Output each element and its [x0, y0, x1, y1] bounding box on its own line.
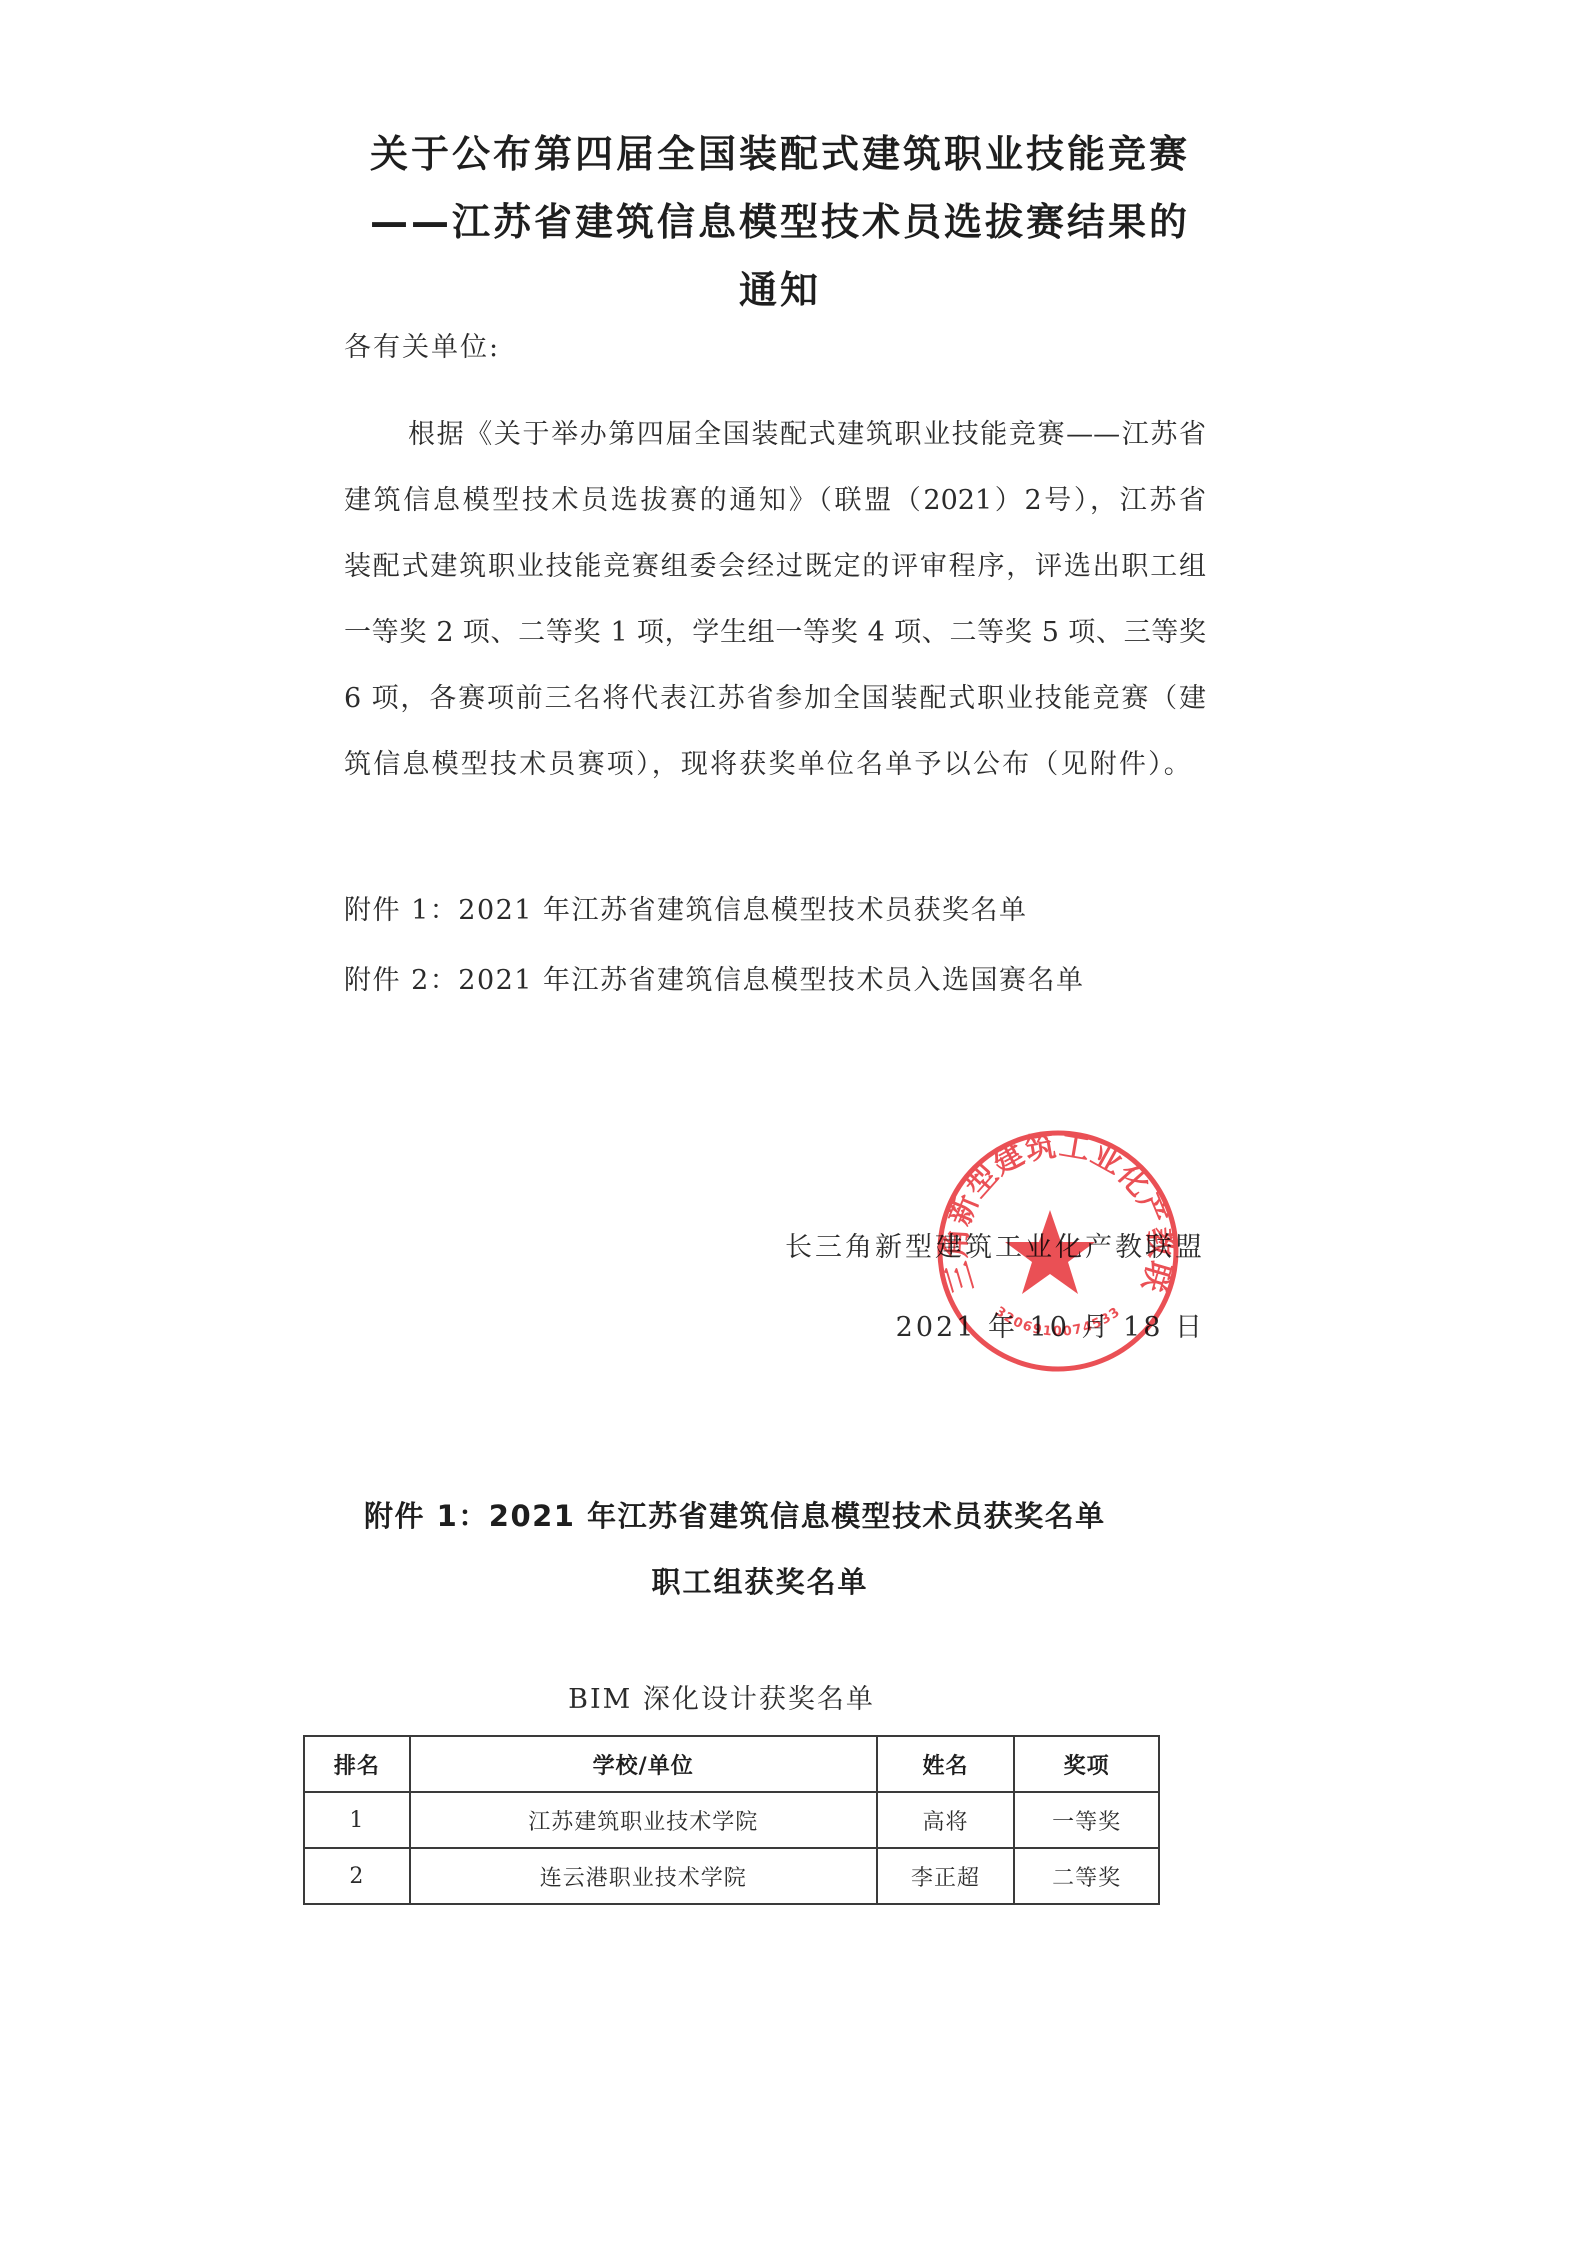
table-row: 1 江苏建筑职业技术学院 高将 一等奖 — [304, 1792, 1159, 1848]
body-line: 建筑信息模型技术员选拔赛的通知》（联盟（2021）2号），江苏省 — [344, 468, 1206, 534]
cell-school: 连云港职业技术学院 — [410, 1848, 877, 1904]
attachment-list: 附件 1：2021 年江苏省建筑信息模型技术员获奖名单 附件 2：2021 年江… — [344, 876, 1085, 1016]
award-table: 排名 学校/单位 姓名 奖项 1 江苏建筑职业技术学院 高将 一等奖 2 连云港… — [303, 1735, 1160, 1905]
body-line: 筑信息模型技术员赛项），现将获奖单位名单予以公布（见附件）。 — [344, 732, 1206, 798]
seal-serial-number: 3206910074533 — [992, 1304, 1124, 1339]
notice-title-line-3: 通知 — [350, 256, 1210, 324]
cell-school: 江苏建筑职业技术学院 — [410, 1792, 877, 1848]
notice-title-line-2: ——江苏省建筑信息模型技术员选拔赛结果的 — [350, 188, 1210, 256]
body-line: 6 项，各赛项前三名将代表江苏省参加全国装配式职业技能竞赛（建 — [344, 666, 1206, 732]
notice-title: 关于公布第四届全国装配式建筑职业技能竞赛 ——江苏省建筑信息模型技术员选拔赛结果… — [350, 120, 1210, 324]
salutation: 各有关单位: — [344, 328, 500, 368]
cell-award: 一等奖 — [1014, 1792, 1159, 1848]
body-line: 一等奖 2 项、二等奖 1 项，学生组一等奖 4 项、二等奖 5 项、三等奖 — [344, 600, 1206, 666]
attachment-item-2: 附件 2：2021 年江苏省建筑信息模型技术员入选国赛名单 — [344, 946, 1085, 1016]
body-line: 根据《关于举办第四届全国装配式建筑职业技能竞赛——江苏省 — [344, 402, 1206, 468]
cell-name: 李正超 — [877, 1848, 1015, 1904]
cell-rank: 1 — [304, 1792, 410, 1848]
notice-title-line-1: 关于公布第四届全国装配式建筑职业技能竞赛 — [350, 120, 1210, 188]
cell-award: 二等奖 — [1014, 1848, 1159, 1904]
table-row: 2 连云港职业技术学院 李正超 二等奖 — [304, 1848, 1159, 1904]
attachment1-subheading: 职工组获奖名单 — [350, 1562, 1210, 1602]
cell-rank: 2 — [304, 1848, 410, 1904]
award-table-caption: BIM 深化设计获奖名单 — [303, 1680, 1160, 1720]
cell-name: 高将 — [877, 1792, 1015, 1848]
column-header-rank: 排名 — [304, 1736, 410, 1792]
column-header-award: 奖项 — [1014, 1736, 1159, 1792]
star-icon — [1005, 1210, 1095, 1294]
table-header-row: 排名 学校/单位 姓名 奖项 — [304, 1736, 1159, 1792]
notice-body: 根据《关于举办第四届全国装配式建筑职业技能竞赛——江苏省 建筑信息模型技术员选拔… — [344, 402, 1206, 798]
body-line: 装配式建筑职业技能竞赛组委会经过既定的评审程序，评选出职工组 — [344, 534, 1206, 600]
official-seal: 长三角新型建筑工业化产教联盟 3206910074533 — [935, 1128, 1181, 1374]
attachment-item-1: 附件 1：2021 年江苏省建筑信息模型技术员获奖名单 — [344, 876, 1085, 946]
column-header-name: 姓名 — [877, 1736, 1015, 1792]
column-header-school: 学校/单位 — [410, 1736, 877, 1792]
attachment1-heading: 附件 1：2021 年江苏省建筑信息模型技术员获奖名单 — [350, 1496, 1224, 1536]
